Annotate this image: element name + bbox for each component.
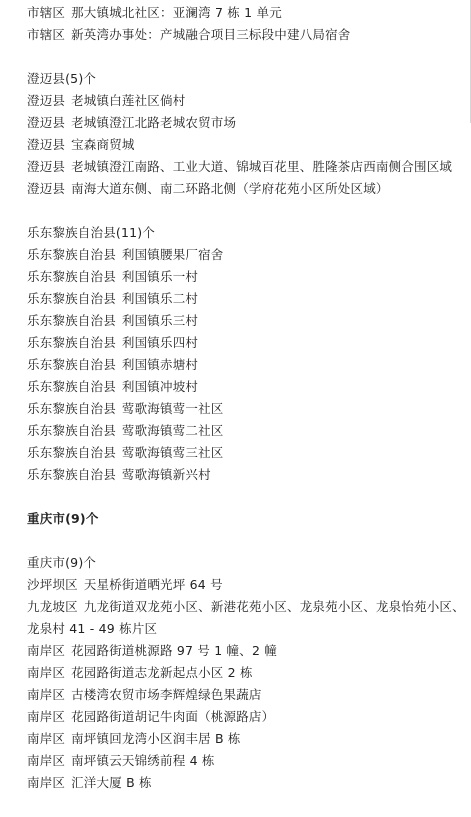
- place-name: 莺歌海镇莺三社区: [122, 445, 224, 460]
- place-name: 利国镇乐一村: [122, 269, 198, 284]
- list-item: 南岸区花园路街道桃源路 97 号 1 幢、2 幢: [27, 640, 467, 662]
- district-name: 乐东黎族自治县: [27, 357, 116, 372]
- risk-area-list-document: 市辖区那大镇城北社区：亚澜湾 7 栋 1 单元 市辖区新英湾办事处：产城融合项目…: [27, 2, 467, 794]
- list-item: 澄迈县老城镇澄江北路老城农贸市场: [27, 112, 467, 134]
- list-item: 乐东黎族自治县莺歌海镇莺一社区: [27, 398, 467, 420]
- place-name: 利国镇赤塘村: [122, 357, 198, 372]
- list-item: 乐东黎族自治县莺歌海镇莺二社区: [27, 420, 467, 442]
- place-name: 南坪镇云天锦绣前程 4 栋: [71, 753, 215, 768]
- place-name: 利国镇乐二村: [122, 291, 198, 306]
- district-name: 乐东黎族自治县: [27, 445, 116, 460]
- place-name: 利国镇乐三村: [122, 313, 198, 328]
- district-name: 南岸区: [27, 709, 65, 724]
- list-item: 澄迈县南海大道东侧、南二环路北侧（学府花苑小区所处区域）: [27, 178, 467, 200]
- list-item: 九龙坡区九龙街道双龙苑小区、新港花苑小区、龙泉苑小区、龙泉怡苑小区、龙泉村 41…: [27, 596, 467, 640]
- district-name: 乐东黎族自治县: [27, 313, 116, 328]
- district-name: 南岸区: [27, 753, 65, 768]
- list-item: 南岸区南坪镇回龙湾小区润丰居 B 栋: [27, 728, 467, 750]
- district-name: 南岸区: [27, 643, 65, 658]
- list-item: 乐东黎族自治县利国镇乐二村: [27, 288, 467, 310]
- district-name: 乐东黎族自治县: [27, 401, 116, 416]
- district-name: 乐东黎族自治县: [27, 291, 116, 306]
- place-name: 宝森商贸城: [71, 137, 135, 152]
- district-name: 南岸区: [27, 731, 65, 746]
- district-name: 市辖区: [27, 5, 65, 20]
- place-name: 利国镇冲坡村: [122, 379, 198, 394]
- list-item: 乐东黎族自治县利国镇乐三村: [27, 310, 467, 332]
- list-item: 乐东黎族自治县利国镇赤塘村: [27, 354, 467, 376]
- spacer: [27, 200, 467, 222]
- list-item: 南岸区花园路街道志龙新起点小区 2 栋: [27, 662, 467, 684]
- place-name: 南坪镇回龙湾小区润丰居 B 栋: [71, 731, 241, 746]
- list-item: 乐东黎族自治县利国镇乐四村: [27, 332, 467, 354]
- place-name: 莺歌海镇莺二社区: [122, 423, 224, 438]
- list-item: 市辖区新英湾办事处：产城融合项目三标段中建八局宿舍: [27, 24, 467, 46]
- list-item: 南岸区汇洋大厦 B 栋: [27, 772, 467, 794]
- place-name: 新英湾办事处：产城融合项目三标段中建八局宿舍: [71, 27, 350, 42]
- place-name: 古楼湾农贸市场李辉煌绿色果蔬店: [71, 687, 262, 702]
- district-name: 乐东黎族自治县: [27, 467, 116, 482]
- place-name: 莺歌海镇新兴村: [122, 467, 211, 482]
- list-item: 乐东黎族自治县莺歌海镇新兴村: [27, 464, 467, 486]
- section-header-chengmai: 澄迈县(5)个: [27, 68, 467, 90]
- place-name: 花园路街道胡记牛肉面（桃源路店）: [71, 709, 274, 724]
- list-item: 南岸区古楼湾农贸市场李辉煌绿色果蔬店: [27, 684, 467, 706]
- list-item: 乐东黎族自治县利国镇冲坡村: [27, 376, 467, 398]
- place-name: 天星桥街道晒光坪 64 号: [84, 577, 223, 592]
- section-header-ledong: 乐东黎族自治县(11)个: [27, 222, 467, 244]
- district-name: 澄迈县: [27, 93, 65, 108]
- list-item: 澄迈县老城镇澄江南路、工业大道、锦城百花里、胜隆茶店西南侧合围区域: [27, 156, 467, 178]
- province-header-chongqing: 重庆市(9)个: [27, 508, 467, 530]
- list-item: 乐东黎族自治县利国镇腰果厂宿舍: [27, 244, 467, 266]
- list-item: 市辖区那大镇城北社区：亚澜湾 7 栋 1 单元: [27, 2, 467, 24]
- district-name: 南岸区: [27, 687, 65, 702]
- list-item: 乐东黎族自治县利国镇乐一村: [27, 266, 467, 288]
- place-name: 莺歌海镇莺一社区: [122, 401, 224, 416]
- list-item: 南岸区南坪镇云天锦绣前程 4 栋: [27, 750, 467, 772]
- spacer: [27, 46, 467, 68]
- place-name: 花园路街道志龙新起点小区 2 栋: [71, 665, 253, 680]
- district-name: 乐东黎族自治县: [27, 269, 116, 284]
- list-item: 南岸区花园路街道胡记牛肉面（桃源路店）: [27, 706, 467, 728]
- district-name: 澄迈县: [27, 115, 65, 130]
- district-name: 澄迈县: [27, 159, 65, 174]
- district-name: 南岸区: [27, 775, 65, 790]
- place-name: 利国镇腰果厂宿舍: [122, 247, 224, 262]
- place-name: 汇洋大厦 B 栋: [71, 775, 152, 790]
- place-name: 那大镇城北社区：亚澜湾 7 栋 1 单元: [71, 5, 282, 20]
- list-item: 乐东黎族自治县莺歌海镇莺三社区: [27, 442, 467, 464]
- district-name: 市辖区: [27, 27, 65, 42]
- list-item: 澄迈县老城镇白莲社区倘村: [27, 90, 467, 112]
- list-item: 澄迈县宝森商贸城: [27, 134, 467, 156]
- section-header-chongqing: 重庆市(9)个: [27, 552, 467, 574]
- district-name: 澄迈县: [27, 181, 65, 196]
- district-name: 乐东黎族自治县: [27, 335, 116, 350]
- place-name: 老城镇澄江北路老城农贸市场: [71, 115, 236, 130]
- district-name: 澄迈县: [27, 137, 65, 152]
- list-item: 沙坪坝区天星桥街道晒光坪 64 号: [27, 574, 467, 596]
- district-name: 沙坪坝区: [27, 577, 78, 592]
- place-name: 利国镇乐四村: [122, 335, 198, 350]
- place-name: 老城镇澄江南路、工业大道、锦城百花里、胜隆茶店西南侧合围区域: [71, 159, 452, 174]
- district-name: 乐东黎族自治县: [27, 423, 116, 438]
- spacer: [27, 530, 467, 552]
- place-name: 老城镇白莲社区倘村: [71, 93, 185, 108]
- place-name: 花园路街道桃源路 97 号 1 幢、2 幢: [71, 643, 277, 658]
- district-name: 南岸区: [27, 665, 65, 680]
- place-name: 九龙街道双龙苑小区、新港花苑小区、龙泉苑小区、龙泉怡苑小区、龙泉村 41 - 4…: [27, 599, 465, 636]
- spacer: [27, 486, 467, 508]
- district-name: 乐东黎族自治县: [27, 247, 116, 262]
- district-name: 乐东黎族自治县: [27, 379, 116, 394]
- district-name: 九龙坡区: [27, 599, 78, 614]
- place-name: 南海大道东侧、南二环路北侧（学府花苑小区所处区域）: [71, 181, 389, 196]
